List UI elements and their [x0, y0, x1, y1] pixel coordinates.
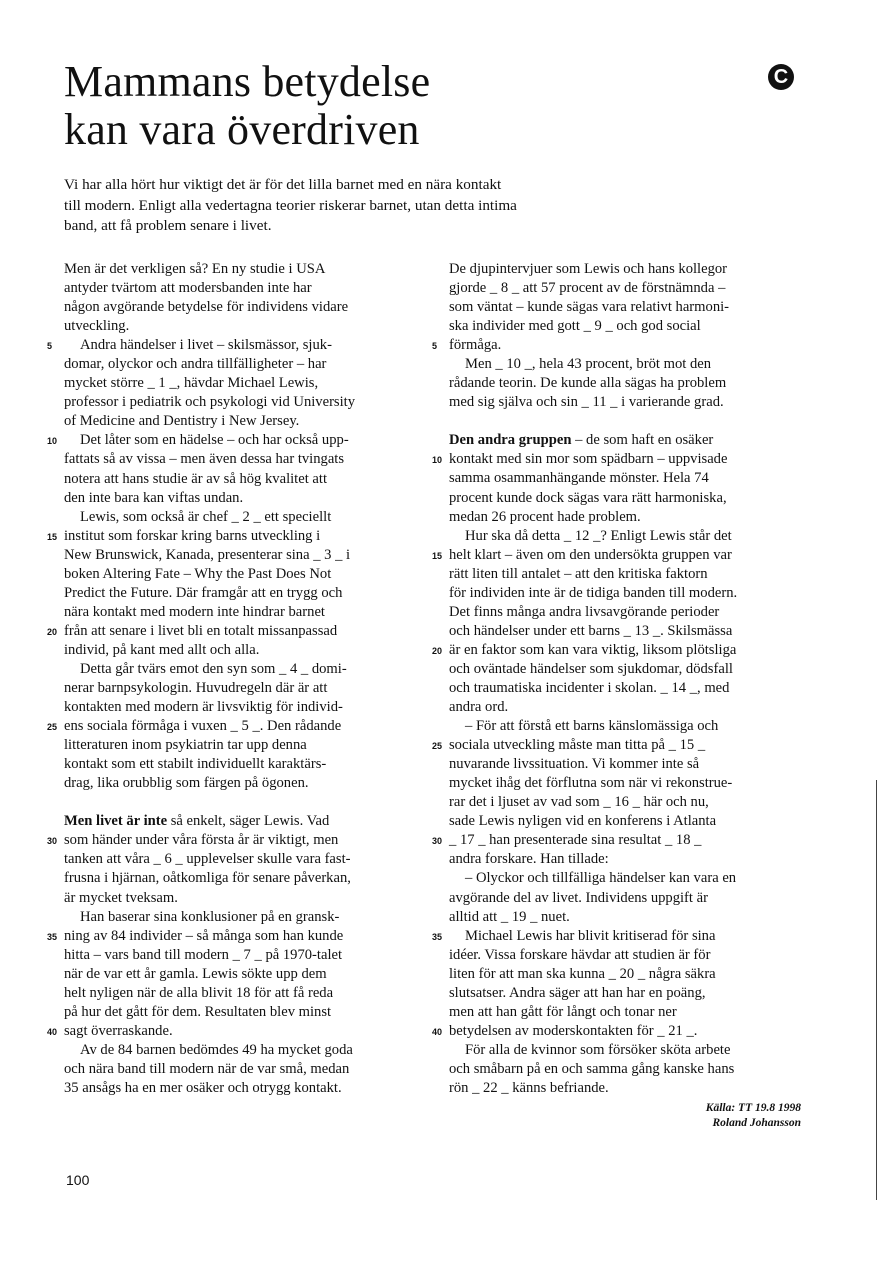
text-line: 20från att senare i livet bli en totalt …	[64, 622, 404, 641]
text-line: någon avgörande betydelse för individens…	[64, 298, 404, 317]
text-line: 15institut som forskar kring barns utvec…	[64, 527, 404, 546]
line-text: 35 ansågs ha en mer osäker och otrygg ko…	[64, 1080, 342, 1096]
line-text: Men _ 10 _, hela 43 procent, bröt mot de…	[465, 356, 711, 372]
paragraph-gap	[449, 412, 794, 431]
text-line: procent kunde dock sägas vara rätt harmo…	[449, 489, 794, 508]
text-line: Men _ 10 _, hela 43 procent, bröt mot de…	[449, 355, 794, 374]
text-line: 5Andra händelser i livet – skilsmässor, …	[64, 336, 404, 355]
text-line: kontakten med modern är livsviktig för i…	[64, 698, 404, 717]
page-number: 100	[66, 1172, 89, 1188]
line-text: helt klart – även om den undersökta grup…	[449, 547, 732, 563]
text-line: rätt liten till antalet – att den kritis…	[449, 565, 794, 584]
line-number: 20	[432, 642, 442, 661]
line-number: 40	[47, 1023, 57, 1042]
line-text: rar det i ljuset av vad som _ 16 _ här o…	[449, 794, 709, 810]
line-text: Detta går tvärs emot den syn som _ 4 _ d…	[80, 661, 347, 677]
text-line: 40betydelsen av moderskontakten för _ 21…	[449, 1022, 794, 1041]
text-line: när de var ett år gamla. Lewis sökte upp…	[64, 965, 404, 984]
text-line: boken Altering Fate – Why the Past Does …	[64, 565, 404, 584]
text-line: medan 26 procent hade problem.	[449, 508, 794, 527]
text-line: nära kontakt med modern inte hindrar bar…	[64, 603, 404, 622]
line-text: och småbarn på en och samma gång kanske …	[449, 1061, 734, 1077]
line-text: liten för att man ska kunna _ 20 _ några…	[449, 966, 716, 982]
line-text: institut som forskar kring barns utveckl…	[64, 528, 320, 544]
text-line: drag, lika orubblig som färgen på ögonen…	[64, 774, 404, 793]
line-text: medan 26 procent hade problem.	[449, 509, 641, 525]
line-number: 35	[432, 928, 442, 947]
line-text: – de som haft en osäker	[571, 432, 713, 448]
lead-in-bold: Den andra gruppen	[449, 432, 571, 448]
line-text: rön _ 22 _ känns befriande.	[449, 1080, 609, 1096]
text-line: gjorde _ 8 _ att 57 procent av de förstn…	[449, 279, 794, 298]
line-text: nerar barnpsykologin. Huvudregeln där är…	[64, 680, 327, 696]
line-text: För alla de kvinnor som försöker sköta a…	[465, 1042, 730, 1058]
line-text: andra forskare. Han tillade:	[449, 851, 609, 867]
line-text: kontakten med modern är livsviktig för i…	[64, 699, 343, 715]
text-line: 25sociala utveckling måste man titta på …	[449, 736, 794, 755]
line-number: 15	[432, 547, 442, 566]
text-line: och småbarn på en och samma gång kanske …	[449, 1060, 794, 1079]
text-line: med sig själva och sin _ 11 _ i varieran…	[449, 393, 794, 412]
text-line: andra forskare. Han tillade:	[449, 850, 794, 869]
text-line: alltid att _ 19 _ nuet.	[449, 908, 794, 927]
line-number: 40	[432, 1023, 442, 1042]
line-text: Michael Lewis har blivit kritiserad för …	[465, 928, 715, 944]
text-line: 30som händer under våra första år är vik…	[64, 831, 404, 850]
text-line: 35Michael Lewis har blivit kritiserad fö…	[449, 927, 794, 946]
text-line: Men livet är inte så enkelt, säger Lewis…	[64, 812, 404, 831]
line-text: Hur ska då detta _ 12 _? Enligt Lewis st…	[465, 528, 732, 544]
line-text: Det finns många andra livsavgörande peri…	[449, 604, 719, 620]
line-text: domar, olyckor och andra tillfälligheter…	[64, 356, 326, 372]
line-text: ning av 84 individer – så många som han …	[64, 928, 343, 944]
line-text: helt nyligen när de alla blivit 18 för a…	[64, 985, 333, 1001]
text-line: för individen inte är de tidiga banden t…	[449, 584, 794, 603]
level-badge-c-icon: C	[768, 64, 794, 90]
line-text: slutsatser. Andra säger att han har en p…	[449, 985, 706, 1001]
text-line: 10Det låter som en hädelse – och har ock…	[64, 431, 404, 450]
line-number: 20	[47, 623, 57, 642]
text-line: domar, olyckor och andra tillfälligheter…	[64, 355, 404, 374]
line-text: med sig själva och sin _ 11 _ i varieran…	[449, 394, 724, 410]
text-line: tanken att våra _ 6 _ upplevelser skulle…	[64, 850, 404, 869]
line-text: någon avgörande betydelse för individens…	[64, 299, 348, 315]
line-text: Lewis, som också är chef _ 2 _ ett speci…	[80, 509, 331, 525]
line-text: tanken att våra _ 6 _ upplevelser skulle…	[64, 851, 351, 867]
line-text: professor i pediatrik och psykologi vid …	[64, 394, 355, 410]
line-text: utveckling.	[64, 318, 129, 334]
line-text: Av de 84 barnen bedömdes 49 ha mycket go…	[80, 1042, 353, 1058]
line-text: ens sociala förmåga i vuxen _ 5 _. Den r…	[64, 718, 341, 734]
line-text: nuvarande livssituation. Vi kommer inte …	[449, 756, 699, 772]
line-text: och traumatiska incidenter i skolan. _ 1…	[449, 680, 729, 696]
text-line: samma osammanhängande mönster. Hela 74	[449, 469, 794, 488]
line-text: samma osammanhängande mönster. Hela 74	[449, 470, 709, 486]
ingress-line: till modern. Enligt alla vedertagna teor…	[64, 196, 644, 217]
text-line: avgörande del av livet. Individens uppgi…	[449, 889, 794, 908]
title-line-2: kan vara överdriven	[64, 106, 430, 154]
line-number: 30	[432, 832, 442, 851]
line-text: drag, lika orubblig som färgen på ögonen…	[64, 775, 309, 791]
line-text: som väntat – kunde sägas vara relativt h…	[449, 299, 729, 315]
line-text: rådande teorin. De kunde alla sägas ha p…	[449, 375, 726, 391]
text-line: New Brunswick, Kanada, presenterar sina …	[64, 546, 404, 565]
text-line: Predict the Future. Där framgår att en t…	[64, 584, 404, 603]
line-text: den inte bara kan viftas undan.	[64, 490, 243, 506]
right-column: De djupintervjuer som Lewis och hans kol…	[449, 260, 794, 1098]
line-text: Det låter som en hädelse – och har också…	[80, 432, 349, 448]
text-line: 35ning av 84 individer – så många som ha…	[64, 927, 404, 946]
text-line: Detta går tvärs emot den syn som _ 4 _ d…	[64, 660, 404, 679]
line-text: är mycket tveksam.	[64, 890, 178, 906]
line-text: sade Lewis nyligen vid en konferens i At…	[449, 813, 716, 829]
title-line-1: Mammans betydelse	[64, 58, 430, 106]
text-line: professor i pediatrik och psykologi vid …	[64, 393, 404, 412]
line-text: _ 17 _ han presenterade sina resultat _ …	[449, 832, 701, 848]
line-text: mycket ihåg det förflutna som när vi rek…	[449, 775, 732, 791]
ingress-line: band, att få problem senare i livet.	[64, 216, 644, 237]
line-text: Han baserar sina konklusioner på en gran…	[80, 909, 339, 925]
source-line: Källa: TT 19.8 1998	[706, 1101, 801, 1116]
text-line: som väntat – kunde sägas vara relativt h…	[449, 298, 794, 317]
line-text: är en faktor som kan vara viktig, liksom…	[449, 642, 736, 658]
text-line: och traumatiska incidenter i skolan. _ 1…	[449, 679, 794, 698]
line-text: rätt liten till antalet – att den kritis…	[449, 566, 708, 582]
line-number: 35	[47, 928, 57, 947]
line-text: på hur det gått för dem. Resultaten blev…	[64, 1004, 331, 1020]
article-title: Mammans betydelse kan vara överdriven	[64, 58, 430, 154]
text-line: är mycket tveksam.	[64, 889, 404, 908]
line-text: för individen inte är de tidiga banden t…	[449, 585, 737, 601]
text-line: För alla de kvinnor som försöker sköta a…	[449, 1041, 794, 1060]
line-text: och oväntade händelser som sjukdomar, dö…	[449, 661, 733, 677]
text-line: nuvarande livssituation. Vi kommer inte …	[449, 755, 794, 774]
text-line: 20är en faktor som kan vara viktig, liks…	[449, 641, 794, 660]
line-text: – Olyckor och tillfälliga händelser kan …	[465, 870, 736, 886]
line-text: avgörande del av livet. Individens uppgi…	[449, 890, 708, 906]
text-line: rön _ 22 _ känns befriande.	[449, 1079, 794, 1098]
line-text: och händelser under ett barns _ 13 _. Sk…	[449, 623, 732, 639]
text-line: liten för att man ska kunna _ 20 _ några…	[449, 965, 794, 984]
text-line: mycket ihåg det förflutna som när vi rek…	[449, 774, 794, 793]
line-text: sagt överraskande.	[64, 1023, 173, 1039]
ingress-line: Vi har alla hört hur viktigt det är för …	[64, 175, 644, 196]
line-text: nära kontakt med modern inte hindrar bar…	[64, 604, 325, 620]
text-line: antyder tvärtom att modersbanden inte ha…	[64, 279, 404, 298]
line-number: 10	[432, 451, 442, 470]
line-text: och nära band till modern när de var små…	[64, 1061, 349, 1077]
line-text: Men är det verkligen så? En ny studie i …	[64, 261, 325, 277]
line-text: förmåga.	[449, 337, 501, 353]
line-number: 30	[47, 832, 57, 851]
text-line: 10kontakt med sin mor som spädbarn – upp…	[449, 450, 794, 469]
line-number: 10	[47, 432, 57, 451]
text-line: kontakt som ett stabilt individuellt kar…	[64, 755, 404, 774]
text-line: Men är det verkligen så? En ny studie i …	[64, 260, 404, 279]
text-line: och händelser under ett barns _ 13 _. Sk…	[449, 622, 794, 641]
text-line: Hur ska då detta _ 12 _? Enligt Lewis st…	[449, 527, 794, 546]
line-text: alltid att _ 19 _ nuet.	[449, 909, 570, 925]
left-column: Men är det verkligen så? En ny studie i …	[64, 260, 404, 1098]
line-number: 5	[47, 337, 52, 356]
text-line: litteraturen inom psykiatrin tar upp den…	[64, 736, 404, 755]
line-text: of Medicine and Dentistry i New Jersey.	[64, 413, 299, 429]
text-line: Av de 84 barnen bedömdes 49 ha mycket go…	[64, 1041, 404, 1060]
line-text: gjorde _ 8 _ att 57 procent av de förstn…	[449, 280, 725, 296]
line-text: så enkelt, säger Lewis. Vad	[167, 813, 329, 829]
text-line: idéer. Vissa forskare hävdar att studien…	[449, 946, 794, 965]
text-line: andra ord.	[449, 698, 794, 717]
text-line: rar det i ljuset av vad som _ 16 _ här o…	[449, 793, 794, 812]
line-number: 25	[47, 718, 57, 737]
line-text: kontakt som ett stabilt individuellt kar…	[64, 756, 326, 772]
line-text: notera att hans studie är av så hög kval…	[64, 471, 327, 487]
lead-in-bold: Men livet är inte	[64, 813, 167, 829]
line-text: De djupintervjuer som Lewis och hans kol…	[449, 261, 727, 277]
line-text: frusna i hjärnan, oåtkomliga för senare …	[64, 870, 351, 886]
text-line: 15helt klart – även om den undersökta gr…	[449, 546, 794, 565]
line-text: idéer. Vissa forskare hävdar att studien…	[449, 947, 710, 963]
line-text: som händer under våra första år är vikti…	[64, 832, 338, 848]
line-text: individ, på kant med allt och alla.	[64, 642, 259, 658]
text-line: – För att förstå ett barns känslomässiga…	[449, 717, 794, 736]
line-text: mycket större _ 1 _, hävdar Michael Lewi…	[64, 375, 318, 391]
line-text: New Brunswick, Kanada, presenterar sina …	[64, 547, 350, 563]
text-line: hitta – vars band till modern _ 7 _ på 1…	[64, 946, 404, 965]
line-number: 15	[47, 528, 57, 547]
text-line: 35 ansågs ha en mer osäker och otrygg ko…	[64, 1079, 404, 1098]
text-line: Lewis, som också är chef _ 2 _ ett speci…	[64, 508, 404, 527]
document-page: Mammans betydelse kan vara överdriven C …	[0, 0, 893, 1263]
text-line: på hur det gått för dem. Resultaten blev…	[64, 1003, 404, 1022]
text-line: notera att hans studie är av så hög kval…	[64, 470, 404, 489]
text-line: den inte bara kan viftas undan.	[64, 489, 404, 508]
line-text: när de var ett år gamla. Lewis sökte upp…	[64, 966, 327, 982]
text-line: utveckling.	[64, 317, 404, 336]
text-line: och oväntade händelser som sjukdomar, dö…	[449, 660, 794, 679]
line-text: hitta – vars band till modern _ 7 _ på 1…	[64, 947, 342, 963]
line-text: fattats så av vissa – men även dessa har…	[64, 451, 344, 467]
line-text: antyder tvärtom att modersbanden inte ha…	[64, 280, 312, 296]
text-line: mycket större _ 1 _, hävdar Michael Lewi…	[64, 374, 404, 393]
text-line: helt nyligen när de alla blivit 18 för a…	[64, 984, 404, 1003]
text-line: slutsatser. Andra säger att han har en p…	[449, 984, 794, 1003]
page-edge-line	[876, 780, 877, 1200]
source-credit: Källa: TT 19.8 1998 Roland Johansson	[706, 1101, 801, 1131]
line-text: andra ord.	[449, 699, 508, 715]
author-line: Roland Johansson	[706, 1116, 801, 1131]
line-text: från att senare i livet bli en totalt mi…	[64, 623, 337, 639]
text-line: ska individer med gott _ 9 _ och god soc…	[449, 317, 794, 336]
text-line: men att han gått för långt och tonar ner	[449, 1003, 794, 1022]
line-text: procent kunde dock sägas vara rätt harmo…	[449, 490, 727, 506]
line-number: 25	[432, 737, 442, 756]
line-text: betydelsen av moderskontakten för _ 21 _…	[449, 1023, 697, 1039]
text-line: frusna i hjärnan, oåtkomliga för senare …	[64, 869, 404, 888]
article-ingress: Vi har alla hört hur viktigt det är för …	[64, 175, 644, 237]
line-text: boken Altering Fate – Why the Past Does …	[64, 566, 331, 582]
text-line: 25ens sociala förmåga i vuxen _ 5 _. Den…	[64, 717, 404, 736]
text-line: Han baserar sina konklusioner på en gran…	[64, 908, 404, 927]
line-text: kontakt med sin mor som spädbarn – uppvi…	[449, 451, 727, 467]
line-text: men att han gått för långt och tonar ner	[449, 1004, 677, 1020]
text-line: rådande teorin. De kunde alla sägas ha p…	[449, 374, 794, 393]
text-line: Det finns många andra livsavgörande peri…	[449, 603, 794, 622]
text-line: sade Lewis nyligen vid en konferens i At…	[449, 812, 794, 831]
paragraph-gap	[64, 793, 404, 812]
line-number: 5	[432, 337, 437, 356]
text-line: of Medicine and Dentistry i New Jersey.	[64, 412, 404, 431]
line-text: sociala utveckling måste man titta på _ …	[449, 737, 705, 753]
text-line: De djupintervjuer som Lewis och hans kol…	[449, 260, 794, 279]
text-line: och nära band till modern när de var små…	[64, 1060, 404, 1079]
line-text: litteraturen inom psykiatrin tar upp den…	[64, 737, 307, 753]
text-line: – Olyckor och tillfälliga händelser kan …	[449, 869, 794, 888]
line-text: – För att förstå ett barns känslomässiga…	[465, 718, 718, 734]
text-line: 40sagt överraskande.	[64, 1022, 404, 1041]
line-text: ska individer med gott _ 9 _ och god soc…	[449, 318, 701, 334]
text-line: 5förmåga.	[449, 336, 794, 355]
line-text: Predict the Future. Där framgår att en t…	[64, 585, 342, 601]
line-text: Andra händelser i livet – skilsmässor, s…	[80, 337, 332, 353]
text-line: Den andra gruppen – de som haft en osäke…	[449, 431, 794, 450]
text-line: fattats så av vissa – men även dessa har…	[64, 450, 404, 469]
text-line: individ, på kant med allt och alla.	[64, 641, 404, 660]
text-line: nerar barnpsykologin. Huvudregeln där är…	[64, 679, 404, 698]
text-line: 30_ 17 _ han presenterade sina resultat …	[449, 831, 794, 850]
